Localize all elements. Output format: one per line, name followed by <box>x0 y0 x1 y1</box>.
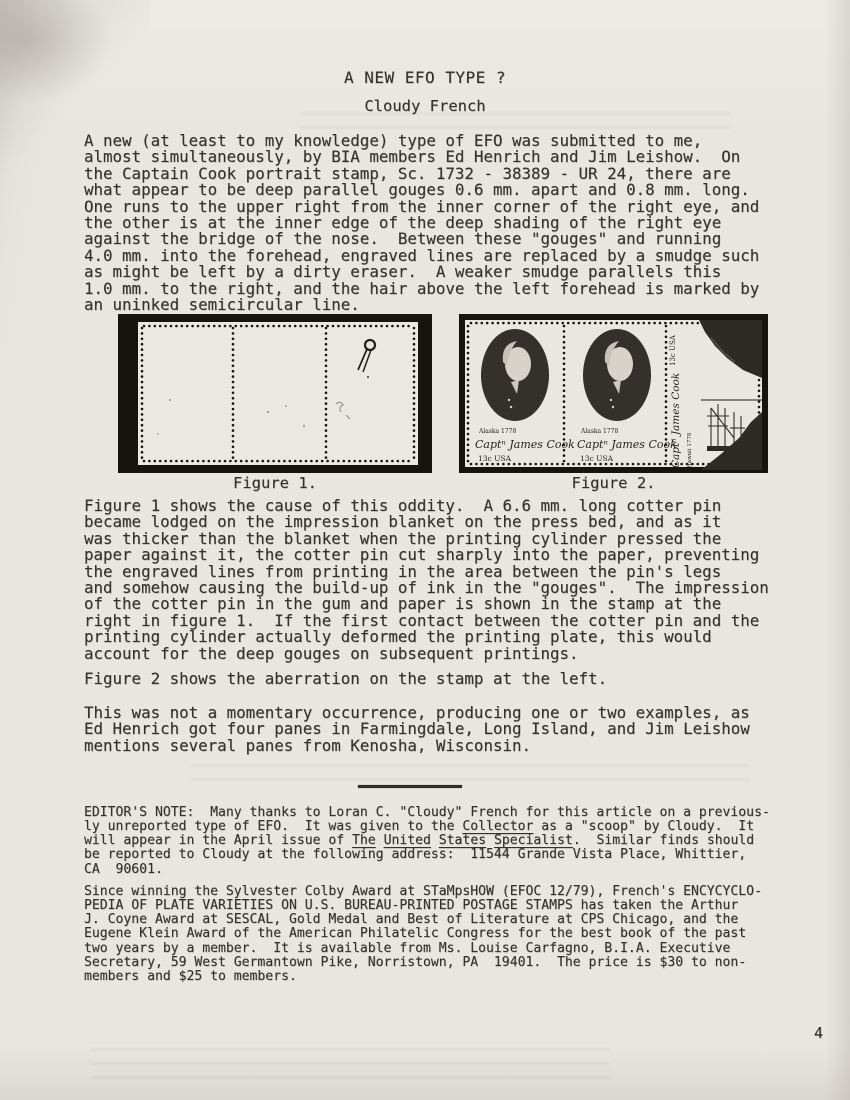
page-number: 4 <box>814 1024 823 1042</box>
scanned-page: A NEW EFO TYPE ? Cloudy French A new (at… <box>0 0 850 1100</box>
editors-note-awards: Since winning the Sylvester Colby Award … <box>84 885 762 984</box>
stamp-name-label: Captⁿ James Cook <box>577 438 677 451</box>
stamp-value-label: 13c USA <box>669 334 677 366</box>
stamp-pane <box>138 322 418 465</box>
showthrough-smudge <box>90 1040 610 1082</box>
paragraph-figure2: Figure 2 shows the aberration on the sta… <box>84 671 607 687</box>
blank-pane-with-cotter-pin-image <box>118 314 432 473</box>
article-byline: Cloudy French <box>0 97 850 115</box>
stamp-name-label: Captⁿ James Cook <box>475 438 575 451</box>
cook-stamps-image: Alaska 1778 Captⁿ James Cook 13c USA Ala… <box>459 314 768 473</box>
paragraph-occurrence: This was not a momentary occurrence, pro… <box>84 705 750 754</box>
article-title: A NEW EFO TYPE ? <box>0 68 850 87</box>
editors-note: EDITOR'S NOTE: Many thanks to Loran C. "… <box>84 806 770 877</box>
figure-2-caption: Figure 2. <box>459 474 768 492</box>
figure-1-photo <box>118 314 432 477</box>
stamp-value-label: 13c USA <box>478 454 512 463</box>
paragraph-intro: A new (at least to my knowledge) type of… <box>84 133 759 313</box>
figure-2-photo: Alaska 1778 Captⁿ James Cook 13c USA Ala… <box>459 314 768 477</box>
figure-1-caption: Figure 1. <box>118 474 432 492</box>
showthrough-smudge <box>190 756 750 782</box>
paragraph-cause: Figure 1 shows the cause of this oddity.… <box>84 498 769 662</box>
stamp-region-label: Alaska 1778 <box>478 428 516 435</box>
stamp-region-label: Hawaii 1778 <box>687 432 693 468</box>
stamp-value-label: 13c USA <box>580 454 614 463</box>
stamp-name-label: Captⁿ James Cook <box>670 373 682 468</box>
stamp-region-label: Alaska 1778 <box>580 428 618 435</box>
section-divider <box>358 785 462 788</box>
